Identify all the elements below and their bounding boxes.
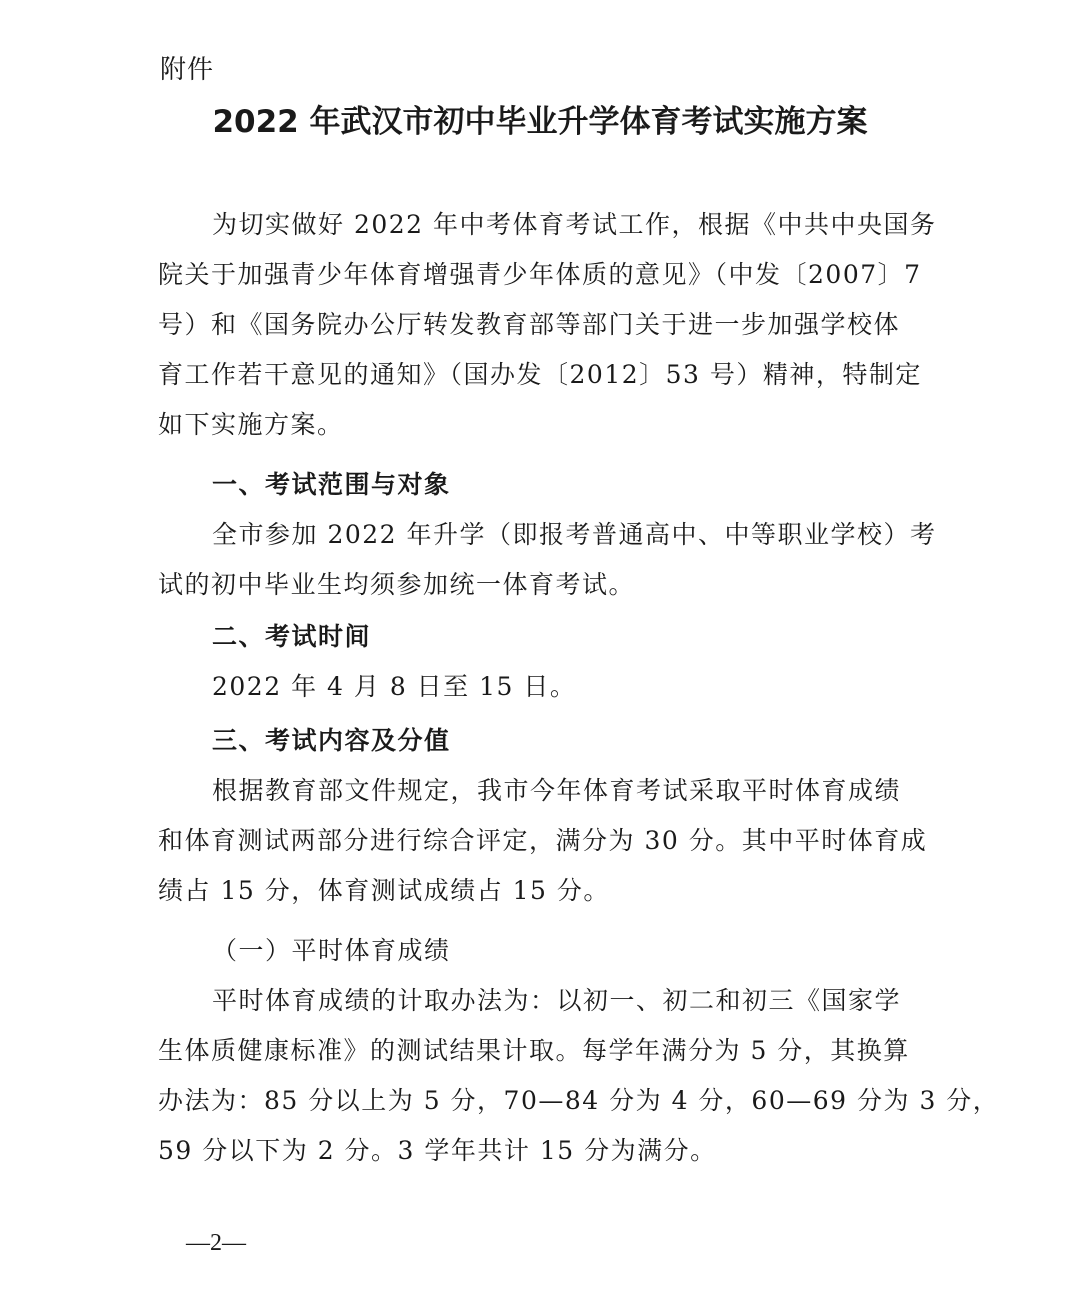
text-line: 号）和《国务院办公厅转发教育部等部门关于进一步加强学校体 — [158, 300, 948, 350]
text-line: 办法为：85 分以上为 5 分，70—84 分为 4 分，60—69 分为 3 … — [158, 1076, 948, 1126]
subsection-regular-pe-score: （一）平时体育成绩 平时体育成绩的计取办法为：以初一、初二和初三《国家学 生体质… — [158, 926, 948, 1176]
section-heading: 一、考试范围与对象 — [158, 460, 948, 510]
subsection-heading: （一）平时体育成绩 — [158, 926, 948, 976]
text-line: 和体育测试两部分进行综合评定，满分为 30 分。其中平时体育成 — [158, 816, 948, 866]
text-line: 院关于加强青少年体育增强青少年体质的意见》（中发〔2007〕7 — [158, 250, 948, 300]
section-heading: 三、考试内容及分值 — [158, 716, 948, 766]
text-line: 2022 年 4 月 8 日至 15 日。 — [158, 662, 948, 712]
document-title: 2022 年武汉市初中毕业升学体育考试实施方案 — [0, 100, 1080, 144]
text-line: 试的初中毕业生均须参加统一体育考试。 — [158, 560, 948, 610]
document-page: 附件 2022 年武汉市初中毕业升学体育考试实施方案 为切实做好 2022 年中… — [0, 0, 1080, 1300]
text-line: 生体质健康标准》的测试结果计取。每学年满分为 5 分，其换算 — [158, 1026, 948, 1076]
section-time: 二、考试时间 2022 年 4 月 8 日至 15 日。 — [158, 612, 948, 712]
attachment-label: 附件 — [160, 52, 214, 88]
text-line: 全市参加 2022 年升学（即报考普通高中、中等职业学校）考 — [158, 510, 948, 560]
text-line: 根据教育部文件规定，我市今年体育考试采取平时体育成绩 — [158, 766, 948, 816]
text-line: 如下实施方案。 — [158, 400, 948, 450]
text-line: 育工作若干意见的通知》（国办发〔2012〕53 号）精神，特制定 — [158, 350, 948, 400]
text-line: 平时体育成绩的计取办法为：以初一、初二和初三《国家学 — [158, 976, 948, 1026]
text-line: 59 分以下为 2 分。3 学年共计 15 分为满分。 — [158, 1126, 948, 1176]
section-heading: 二、考试时间 — [158, 612, 948, 662]
intro-paragraph: 为切实做好 2022 年中考体育考试工作，根据《中共中央国务 院关于加强青少年体… — [158, 200, 948, 450]
text-line: 绩占 15 分，体育测试成绩占 15 分。 — [158, 866, 948, 916]
section-scope: 一、考试范围与对象 全市参加 2022 年升学（即报考普通高中、中等职业学校）考… — [158, 460, 948, 610]
text-line: 为切实做好 2022 年中考体育考试工作，根据《中共中央国务 — [158, 200, 948, 250]
page-number: —2— — [186, 1228, 246, 1258]
section-content-scoring: 三、考试内容及分值 根据教育部文件规定，我市今年体育考试采取平时体育成绩 和体育… — [158, 716, 948, 916]
